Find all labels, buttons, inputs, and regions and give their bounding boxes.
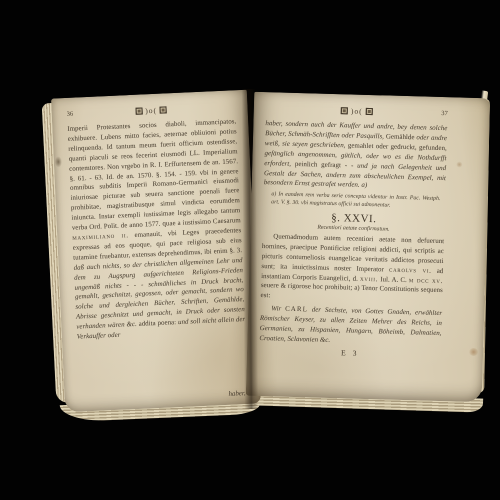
left-page-number: 36 <box>67 110 87 118</box>
ornament-text: )o( <box>351 106 363 115</box>
smallcaps-date: m dcc xv. <box>409 277 443 285</box>
roman-word: gemahlet oder gedruckt, gefunden, <box>348 142 447 152</box>
header-spacer <box>216 107 236 108</box>
latin-text: seuere & rigorose hoc prohibuit; a) Teno… <box>260 282 442 299</box>
book-photo: 36 )o( Imperii Protestantes socios diabo… <box>0 0 500 500</box>
latin-text: emanauit, vbi Leges praecedentes express… <box>73 227 243 261</box>
header-spacer <box>266 109 286 110</box>
smallcaps-name: maximiliano ii. <box>72 232 129 242</box>
footnote: a) In eandem rem verba serie concepta vi… <box>271 192 440 211</box>
emperor-name: CARL <box>285 306 308 314</box>
german-quote: Wir <box>271 306 285 313</box>
roman-word: Gemählde <box>386 133 417 141</box>
margin-smudge <box>55 156 62 167</box>
foxing-stain <box>456 161 462 167</box>
latin-text: Imperii Protestantes socios diaboli, imm… <box>67 118 241 232</box>
roman-word: peinlich gefragt <box>295 161 345 169</box>
fleuron-square-icon <box>135 107 142 114</box>
right-page-header: )o( 37 <box>266 102 448 120</box>
latin-text: addita poena: <box>139 319 179 328</box>
right-page-number: 37 <box>428 110 448 118</box>
smallcaps-name: carolvs vi. <box>389 266 432 274</box>
foxing-stain <box>469 348 478 356</box>
fleuron-square-icon <box>341 107 348 114</box>
left-page: 36 )o( Imperii Protestantes socios diabo… <box>51 90 261 413</box>
continuation-text: haber, sondern auch der Kauffer und andr… <box>264 119 448 193</box>
section-paragraph: Quemadmodum autem recentiori aetate non … <box>260 232 444 306</box>
smallcaps-date: xviii. <box>360 275 378 283</box>
ornament-text: )o( <box>145 106 157 116</box>
constitution-quote: Wir CARL der Sechste, von Gottes Gnaden,… <box>259 304 442 349</box>
latin-text: Iul. A. C. <box>378 276 409 284</box>
right-page: )o( 37 haber, sondern auch der Kauffer u… <box>246 92 490 402</box>
header-ornament: )o( <box>86 103 215 118</box>
header-ornament: )o( <box>286 105 428 118</box>
left-catchword: haber, <box>228 390 245 398</box>
fleuron-square-icon <box>366 108 373 115</box>
fleuron-square-icon <box>160 106 167 113</box>
left-page-text: Imperii Protestantes socios diaboli, imm… <box>67 117 246 342</box>
